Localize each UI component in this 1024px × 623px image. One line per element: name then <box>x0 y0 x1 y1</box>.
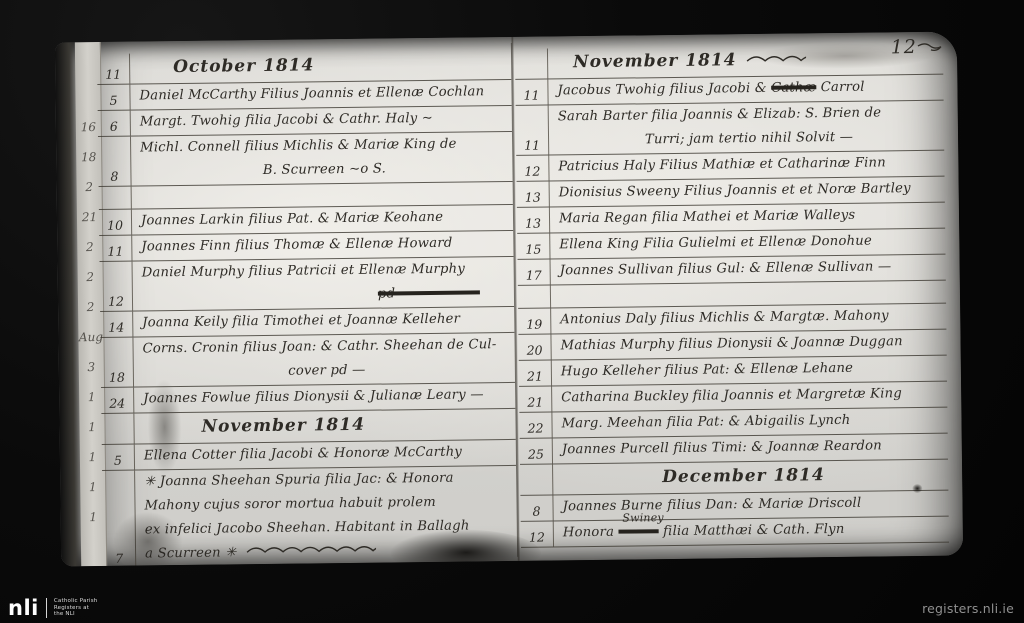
entry-text <box>132 182 513 209</box>
entry-text-line: Dionisius Sweeny Filius Joannis et et No… <box>559 177 941 206</box>
entry-text: Patricius Haly Filius Mathiæ et Catharin… <box>558 155 886 174</box>
entry-text-line: Hugo Kelleher filius Pat: & Ellenæ Lehan… <box>561 356 943 385</box>
nli-logo-text: nli <box>8 598 39 618</box>
entry-text-line <box>560 281 942 307</box>
entry-text: Joannes Purcell filius Timi: & Joannæ Re… <box>562 438 882 457</box>
entry-day: 21 <box>519 386 552 411</box>
stub-number: 2 <box>85 180 93 194</box>
entry-text-line: Joannes Burne filius Dan: & Mariæ Drisco… <box>562 491 944 520</box>
entry-text: Antonius Daly filius Michlis & Margtæ. M… <box>551 304 946 334</box>
entry-text: Carrol <box>816 80 864 96</box>
entry-text: Dionisius Sweeny Filius Joannis et et No… <box>559 181 911 200</box>
month-header-cell: December 1814 <box>553 460 948 495</box>
entry-day: 22 <box>519 412 552 437</box>
page-number: 12 <box>891 36 943 59</box>
right-page: November 181411Jacobus Twohig filius Jac… <box>515 44 949 555</box>
month-header-cell: November 1814 <box>134 409 515 444</box>
entry-text: Ellena King Filia Gulielmi et Ellenæ Don… <box>550 229 945 259</box>
entry-day: 11 <box>99 236 132 261</box>
stub-number: 21 <box>82 210 97 224</box>
entry-text-line: Joanna Keily filia Timothei et Joannæ Ke… <box>142 307 510 335</box>
entry-text: Sarah Barter filia Joannis & Elizab: S. … <box>549 101 945 155</box>
register-entry: 12Honora Swiney——— filia Matthæi & Cath.… <box>521 517 949 548</box>
entry-text-line: Antonius Daly filius Michlis & Margtæ. M… <box>560 304 942 333</box>
entry-text-line: ex infelici Jacobo Sheehan. Habitant in … <box>145 514 513 542</box>
entry-day: 8 <box>98 137 132 186</box>
entry-day: 13 <box>517 181 550 206</box>
entry-day <box>515 49 548 79</box>
month-header-row: 11October 1814 <box>97 49 511 85</box>
interlinear-note: Swiney <box>622 512 664 524</box>
entry-text-line: Ellena King Filia Gulielmi et Ellenæ Don… <box>559 229 941 258</box>
month-header: November 1814 <box>143 409 511 442</box>
entry-text-line: Patricius Haly Filius Mathiæ et Catharin… <box>558 151 940 180</box>
entry-text-line: Daniel McCarthy Filius Joannis et Ellenæ… <box>139 80 507 108</box>
register-entry: 12Daniel Murphy filius Patricii et Ellen… <box>100 257 515 312</box>
entry-text: Michl. Connell filius Michlis & Mariæ Ki… <box>131 132 513 186</box>
entry-day: 15 <box>517 233 550 258</box>
manuscript-photo: 1618221222Aug311111 11October 18145Danie… <box>55 32 963 567</box>
flourish-icon <box>917 42 943 54</box>
entry-day: 13 <box>517 207 550 232</box>
entry-text: Patricius Haly Filius Mathiæ et Catharin… <box>549 151 944 181</box>
entry-text-line <box>141 182 509 207</box>
month-header-row: November 1814 <box>101 409 515 445</box>
entry-text: Joannes Finn filius Thomæ & Ellenæ Howar… <box>132 231 513 261</box>
entry-text: Daniel Murphy filius Patricii et Ellenæ … <box>142 262 466 281</box>
entry-day: 10 <box>99 210 132 235</box>
entry-day: 25 <box>520 438 553 463</box>
register-entry: 18Corns. Cronin filius Joan: & Cathr. Sh… <box>100 333 515 388</box>
entry-text: Ellena King Filia Gulielmi et Ellenæ Don… <box>559 234 872 253</box>
stub-number: 16 <box>81 120 96 134</box>
entry-day: 20 <box>518 334 551 359</box>
entry-text-line: Joannes Purcell filius Timi: & Joannæ Re… <box>562 434 944 463</box>
entry-text: Hugo Kelleher filius Pat: & Ellenæ Lehan… <box>552 356 947 386</box>
entry-text: Daniel Murphy filius Patricii et Ellenæ … <box>133 257 515 311</box>
entry-text-line: a Scurreen ✳ <box>145 538 513 566</box>
stub-number: 2 <box>86 240 94 254</box>
entry-text: Margt. Twohig filia Jacobi & Cathr. Haly… <box>140 111 433 130</box>
entry-text-line: Joannes Sullivan filius Gul: & Ellenæ Su… <box>560 255 942 284</box>
entry-text: Ellena Cotter filia Jacobi & Honoræ McCa… <box>135 440 516 470</box>
month-header: October 1814 <box>139 49 507 82</box>
entry-day: 14 <box>100 312 133 337</box>
stub-number: 1 <box>88 450 96 464</box>
corrected-text: Swiney——— <box>618 524 658 539</box>
entry-day: 19 <box>518 308 551 333</box>
stub-number: 18 <box>81 150 96 164</box>
entry-text: Joannes Sullivan filius Gul: & Ellenæ Su… <box>551 255 946 285</box>
nli-logo: nli Catholic ParishRegisters atthe NLI <box>8 598 98 618</box>
entry-text: Jacobus Twohig filius Jacobi & Cathæ Car… <box>548 75 943 105</box>
entry-day: 6 <box>98 111 131 136</box>
entry-text-line: Turri; jam tertio nihil Solvit — <box>558 125 940 154</box>
entry-text-line: Ellena Cotter filia Jacobi & Honoræ McCa… <box>144 440 512 468</box>
entry-day: 21 <box>519 360 552 385</box>
entry-text: Marg. Meehan filia Pat: & Abigailis Lync… <box>552 408 947 438</box>
entry-text-line: Joannes Fowlue filius Dionysii & Julianæ… <box>143 383 511 411</box>
logo-divider <box>46 598 47 618</box>
entry-text-line: B. Scurreen ~o S. <box>140 156 508 184</box>
entry-day <box>520 464 553 494</box>
register-entry: 7✳ Joanna Sheehan Spuria filia Jac: & Ho… <box>102 466 517 567</box>
entry-text: Margt. Twohig filia Jacobi & Cathr. Haly… <box>131 106 512 136</box>
entry-day: 17 <box>518 259 551 284</box>
entry-text: Joannes Fowlue filius Dionysii & Julianæ… <box>134 383 515 413</box>
entry-text-line: Joannes Finn filius Thomæ & Ellenæ Howar… <box>141 231 509 259</box>
entry-day: 5 <box>97 85 130 110</box>
register-entry: 11Sarah Barter filia Joannis & Elizab: S… <box>516 101 945 156</box>
page-number-value: 12 <box>891 36 917 58</box>
entry-text: ex infelici Jacobo Sheehan. Habitant in … <box>145 519 470 538</box>
entry-text: Dionisius Sweeny Filius Joannis et et No… <box>550 177 945 207</box>
entry-text-line: Margt. Twohig filia Jacobi & Cathr. Haly… <box>140 106 508 134</box>
entry-text: Joanna Keily filia Timothei et Joannæ Ke… <box>133 307 514 337</box>
entry-text: Daniel McCarthy Filius Joannis et Ellenæ… <box>130 80 511 110</box>
entry-text: Joannes Burne filius Dan: & Mariæ Drisco… <box>553 491 948 521</box>
entry-text: Sarah Barter filia Joannis & Elizab: S. … <box>558 105 882 124</box>
entry-text: Corns. Cronin filius Joan: & Cathr. Shee… <box>142 337 496 356</box>
month-header: December 1814 <box>562 460 944 494</box>
flourish-squiggle <box>246 543 376 557</box>
entry-text: Corns. Cronin filius Joan: & Cathr. Shee… <box>133 333 515 387</box>
entry-text-line: Mathias Murphy filius Dionysii & Joannæ … <box>560 330 942 359</box>
entry-text: Joannes Burne filius Dan: & Mariæ Drisco… <box>562 496 861 515</box>
entry-day: 12 <box>521 521 554 546</box>
entry-text: Antonius Daly filius Michlis & Margtæ. M… <box>560 308 889 327</box>
entry-text-line: Catharina Buckley filia Joannis et Margr… <box>561 382 943 411</box>
entry-day: 11 <box>515 80 548 105</box>
entry-text-line: Marg. Meehan filia Pat: & Abigailis Lync… <box>561 408 943 437</box>
entry-text-line: Jacobus Twohig filius Jacobi & Cathæ Car… <box>557 75 939 104</box>
stub-number: 1 <box>89 480 97 494</box>
entry-day <box>101 414 134 444</box>
entry-text-line: Corns. Cronin filius Joan: & Cathr. Shee… <box>142 333 510 361</box>
entry-text: a Scurreen ✳ <box>145 545 237 561</box>
month-header-cell: October 1814 <box>130 49 511 84</box>
entry-day: 8 <box>520 495 553 520</box>
stub-number: 2 <box>86 270 94 284</box>
entry-text: Joannes Larkin filius Pat. & Mariæ Keoha… <box>132 205 513 235</box>
entry-text-line: Joannes Larkin filius Pat. & Mariæ Keoha… <box>141 205 509 233</box>
entry-text: Ellena Cotter filia Jacobi & Honoræ McCa… <box>144 445 462 464</box>
entry-text-line: Maria Regan filia Mathei et Mariæ Walley… <box>559 203 941 232</box>
entry-text: Joanna Keily filia Timothei et Joannæ Ke… <box>142 312 460 331</box>
struck-text: Cathæ <box>771 80 816 96</box>
logo-caption-line: the NLI <box>54 611 98 618</box>
entry-text-line: Michl. Connell filius Michlis & Mariæ Ki… <box>140 132 508 160</box>
entry-day: 11 <box>516 106 550 155</box>
entry-text: Honora <box>563 525 619 541</box>
entry-text: Catharina Buckley filia Joannis et Margr… <box>552 382 947 412</box>
entry-day: 7 <box>102 471 136 567</box>
register-entry: 8Michl. Connell filius Michlis & Mariæ K… <box>98 132 513 187</box>
entry-text: ✳ Joanna Sheehan Spuria filia Jac: & Hon… <box>135 466 517 567</box>
entry-text: Joannes Larkin filius Pat. & Mariæ Keoha… <box>141 210 443 229</box>
entry-day: 12 <box>516 155 549 180</box>
entry-text: Joannes Fowlue filius Dionysii & Julianæ… <box>143 387 484 406</box>
entry-day: 11 <box>97 54 130 84</box>
struck-text: ——— <box>618 524 658 539</box>
left-page: 11October 18145Daniel McCarthy Filius Jo… <box>97 49 517 560</box>
entry-text: Catharina Buckley filia Joannis et Margr… <box>561 386 902 405</box>
entry-day: 12 <box>100 262 134 311</box>
entry-text: Mathias Murphy filius Dionysii & Joannæ … <box>560 334 902 353</box>
entry-text: Michl. Connell filius Michlis & Mariæ Ki… <box>140 137 457 156</box>
entry-day: 24 <box>101 388 134 413</box>
entry-text: Honora Swiney——— filia Matthæi & Cath. F… <box>554 517 949 547</box>
month-header-cell: November 1814 <box>548 44 943 79</box>
stub-number: 1 <box>88 390 96 404</box>
stub-number: 2 <box>87 300 95 314</box>
entry-text: Daniel McCarthy Filius Joannis et Ellenæ… <box>139 84 484 103</box>
entry-day: 18 <box>100 338 134 387</box>
stub-number: 1 <box>88 420 96 434</box>
entry-text: Maria Regan filia Mathei et Mariæ Walley… <box>550 203 945 233</box>
struck-text: pd —————— <box>378 285 480 301</box>
entry-text: Joannes Sullivan filius Gul: & Ellenæ Su… <box>560 259 892 278</box>
entry-text: B. Scurreen ~o S. <box>263 161 386 178</box>
entry-text: Jacobus Twohig filius Jacobi & <box>557 81 771 99</box>
entry-text: cover pd — <box>288 363 366 379</box>
entry-day: 5 <box>102 445 135 470</box>
entry-text: Hugo Kelleher filius Pat: & Ellenæ Lehan… <box>561 361 853 380</box>
stub-number: 1 <box>89 510 97 524</box>
month-header: November 1814 <box>557 44 939 78</box>
entry-text: Mahony cujus soror mortua habuit prolem <box>144 495 436 514</box>
entry-text-line: cover pd — <box>143 357 511 385</box>
entry-text: Turri; jam tertio nihil Solvit — <box>645 130 853 148</box>
entry-text-line: Honora Swiney——— filia Matthæi & Cath. F… <box>563 517 945 546</box>
entry-day <box>518 285 551 307</box>
entry-text: filia Matthæi & Cath. Flyn <box>659 522 845 539</box>
nli-logo-caption: Catholic ParishRegisters atthe NLI <box>54 598 98 618</box>
entry-text: Marg. Meehan filia Pat: & Abigailis Lync… <box>561 413 850 432</box>
flourish-squiggle <box>746 52 806 65</box>
entry-text: Joannes Purcell filius Timi: & Joannæ Re… <box>553 434 948 464</box>
entry-text: Mathias Murphy filius Dionysii & Joannæ … <box>551 330 946 360</box>
entry-text: ✳ Joanna Sheehan Spuria filia Jac: & Hon… <box>144 471 454 490</box>
entry-text: Maria Regan filia Mathei et Mariæ Walley… <box>559 208 855 227</box>
site-watermark: registers.nli.ie <box>922 601 1014 616</box>
entry-text: Joannes Finn filius Thomæ & Ellenæ Howar… <box>141 236 452 255</box>
stub-number: 3 <box>87 360 95 374</box>
entry-day <box>99 187 132 209</box>
entry-text-line: pd —————— <box>142 281 510 309</box>
